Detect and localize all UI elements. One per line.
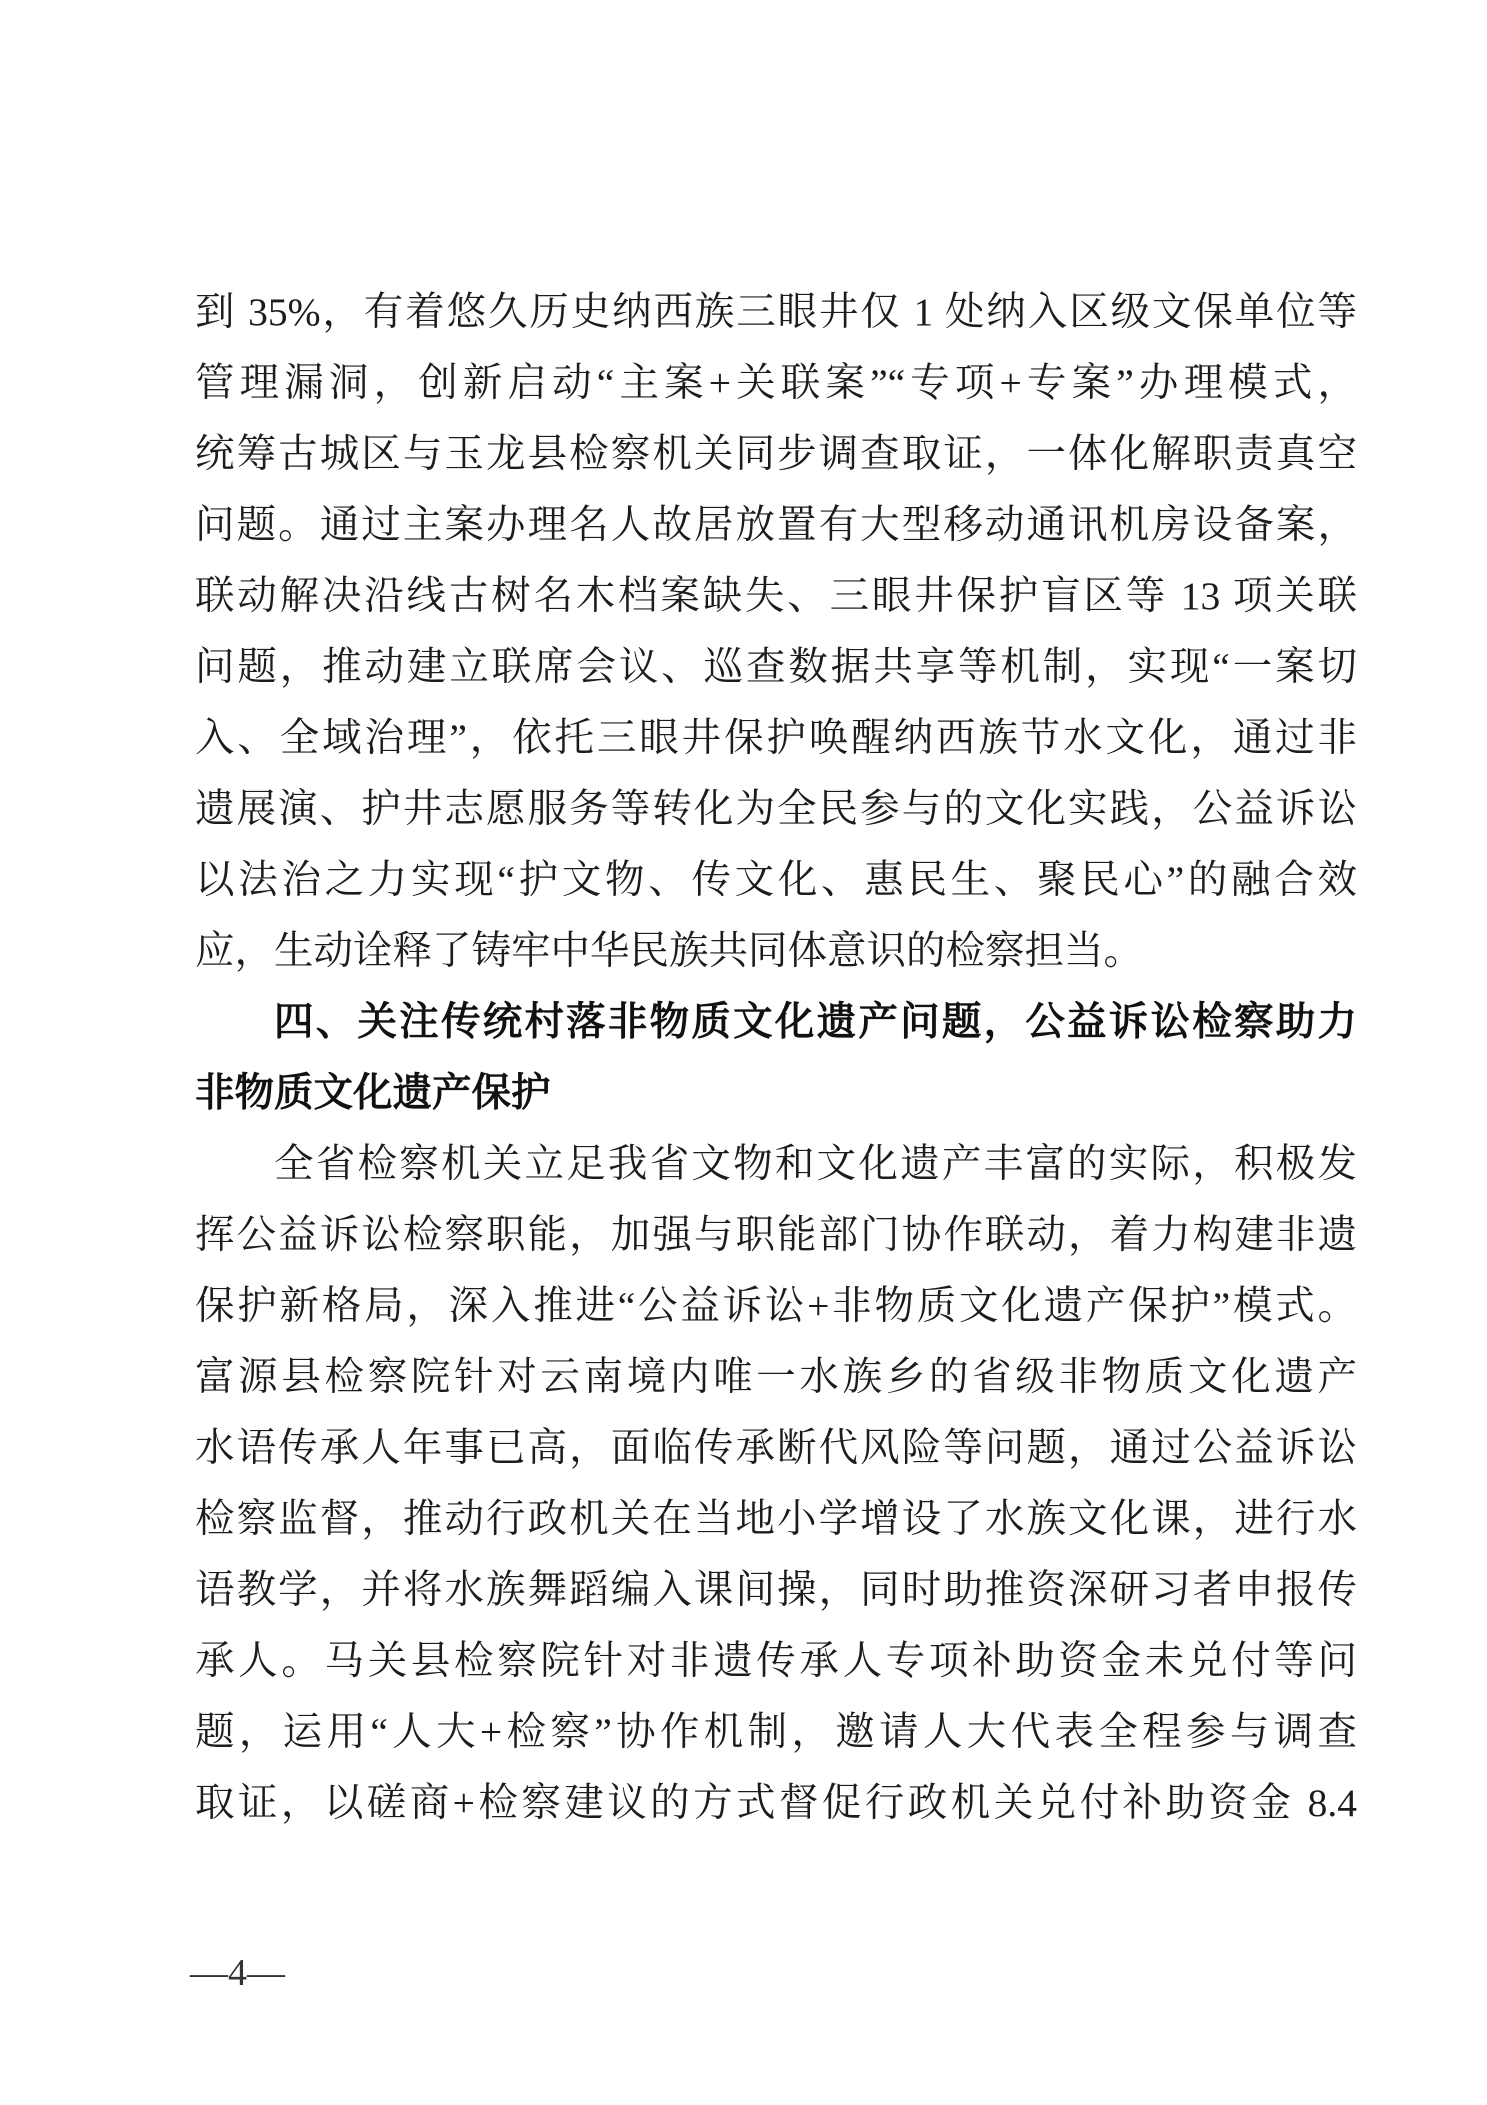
section-heading-line: 四、关注传统村落非物质文化遗产问题，公益诉讼检察助力 — [195, 987, 1357, 1058]
body-line: 承人。马关县检察院针对非遗传承人专项补助资金未兑付等问 — [195, 1626, 1357, 1697]
body-line: 管理漏洞，创新启动“主案+关联案”“专项+专案”办理模式， — [195, 348, 1357, 419]
page-number: —4— — [190, 1947, 285, 1999]
body-line: 挥公益诉讼检察职能，加强与职能部门协作联动，着力构建非遗 — [195, 1200, 1357, 1271]
body-line: 遗展演、护井志愿服务等转化为全民参与的文化实践，公益诉讼 — [195, 774, 1357, 845]
body-line: 检察监督，推动行政机关在当地小学增设了水族文化课，进行水 — [195, 1484, 1357, 1555]
body-line: 以法治之力实现“护文物、传文化、惠民生、聚民心”的融合效 — [195, 845, 1357, 916]
body-line: 联动解决沿线古树名木档案缺失、三眼井保护盲区等 13 项关联 — [195, 561, 1357, 632]
section-heading-line: 非物质文化遗产保护 — [195, 1058, 1357, 1129]
body-line: 语教学，并将水族舞蹈编入课间操，同时助推资深研习者申报传 — [195, 1555, 1357, 1626]
text-block: 到 35%，有着悠久历史纳西族三眼井仅 1 处纳入区级文保单位等 管理漏洞，创新… — [195, 277, 1357, 1839]
body-line: 水语传承人年事已高，面临传承断代风险等问题，通过公益诉讼 — [195, 1413, 1357, 1484]
body-line: 题，运用“人大+检察”协作机制，邀请人大代表全程参与调查 — [195, 1697, 1357, 1768]
body-line: 问题。通过主案办理名人故居放置有大型移动通讯机房设备案， — [195, 490, 1357, 561]
document-page: 到 35%，有着悠久历史纳西族三眼井仅 1 处纳入区级文保单位等 管理漏洞，创新… — [0, 0, 1487, 2105]
body-line: 统筹古城区与玉龙县检察机关同步调查取证，一体化解职责真空 — [195, 419, 1357, 490]
body-line-paragraph-end: 应，生动诠释了铸牢中华民族共同体意识的检察担当。 — [195, 916, 1357, 987]
body-line: 保护新格局，深入推进“公益诉讼+非物质文化遗产保护”模式。 — [195, 1271, 1357, 1342]
body-line-paragraph-start: 全省检察机关立足我省文物和文化遗产丰富的实际，积极发 — [195, 1129, 1357, 1200]
body-line: 问题，推动建立联席会议、巡查数据共享等机制，实现“一案切 — [195, 632, 1357, 703]
body-line: 到 35%，有着悠久历史纳西族三眼井仅 1 处纳入区级文保单位等 — [195, 277, 1357, 348]
body-line: 富源县检察院针对云南境内唯一水族乡的省级非物质文化遗产 — [195, 1342, 1357, 1413]
body-line: 取证，以磋商+检察建议的方式督促行政机关兑付补助资金 8.4 — [195, 1768, 1357, 1839]
body-line: 入、全域治理”，依托三眼井保护唤醒纳西族节水文化，通过非 — [195, 703, 1357, 774]
